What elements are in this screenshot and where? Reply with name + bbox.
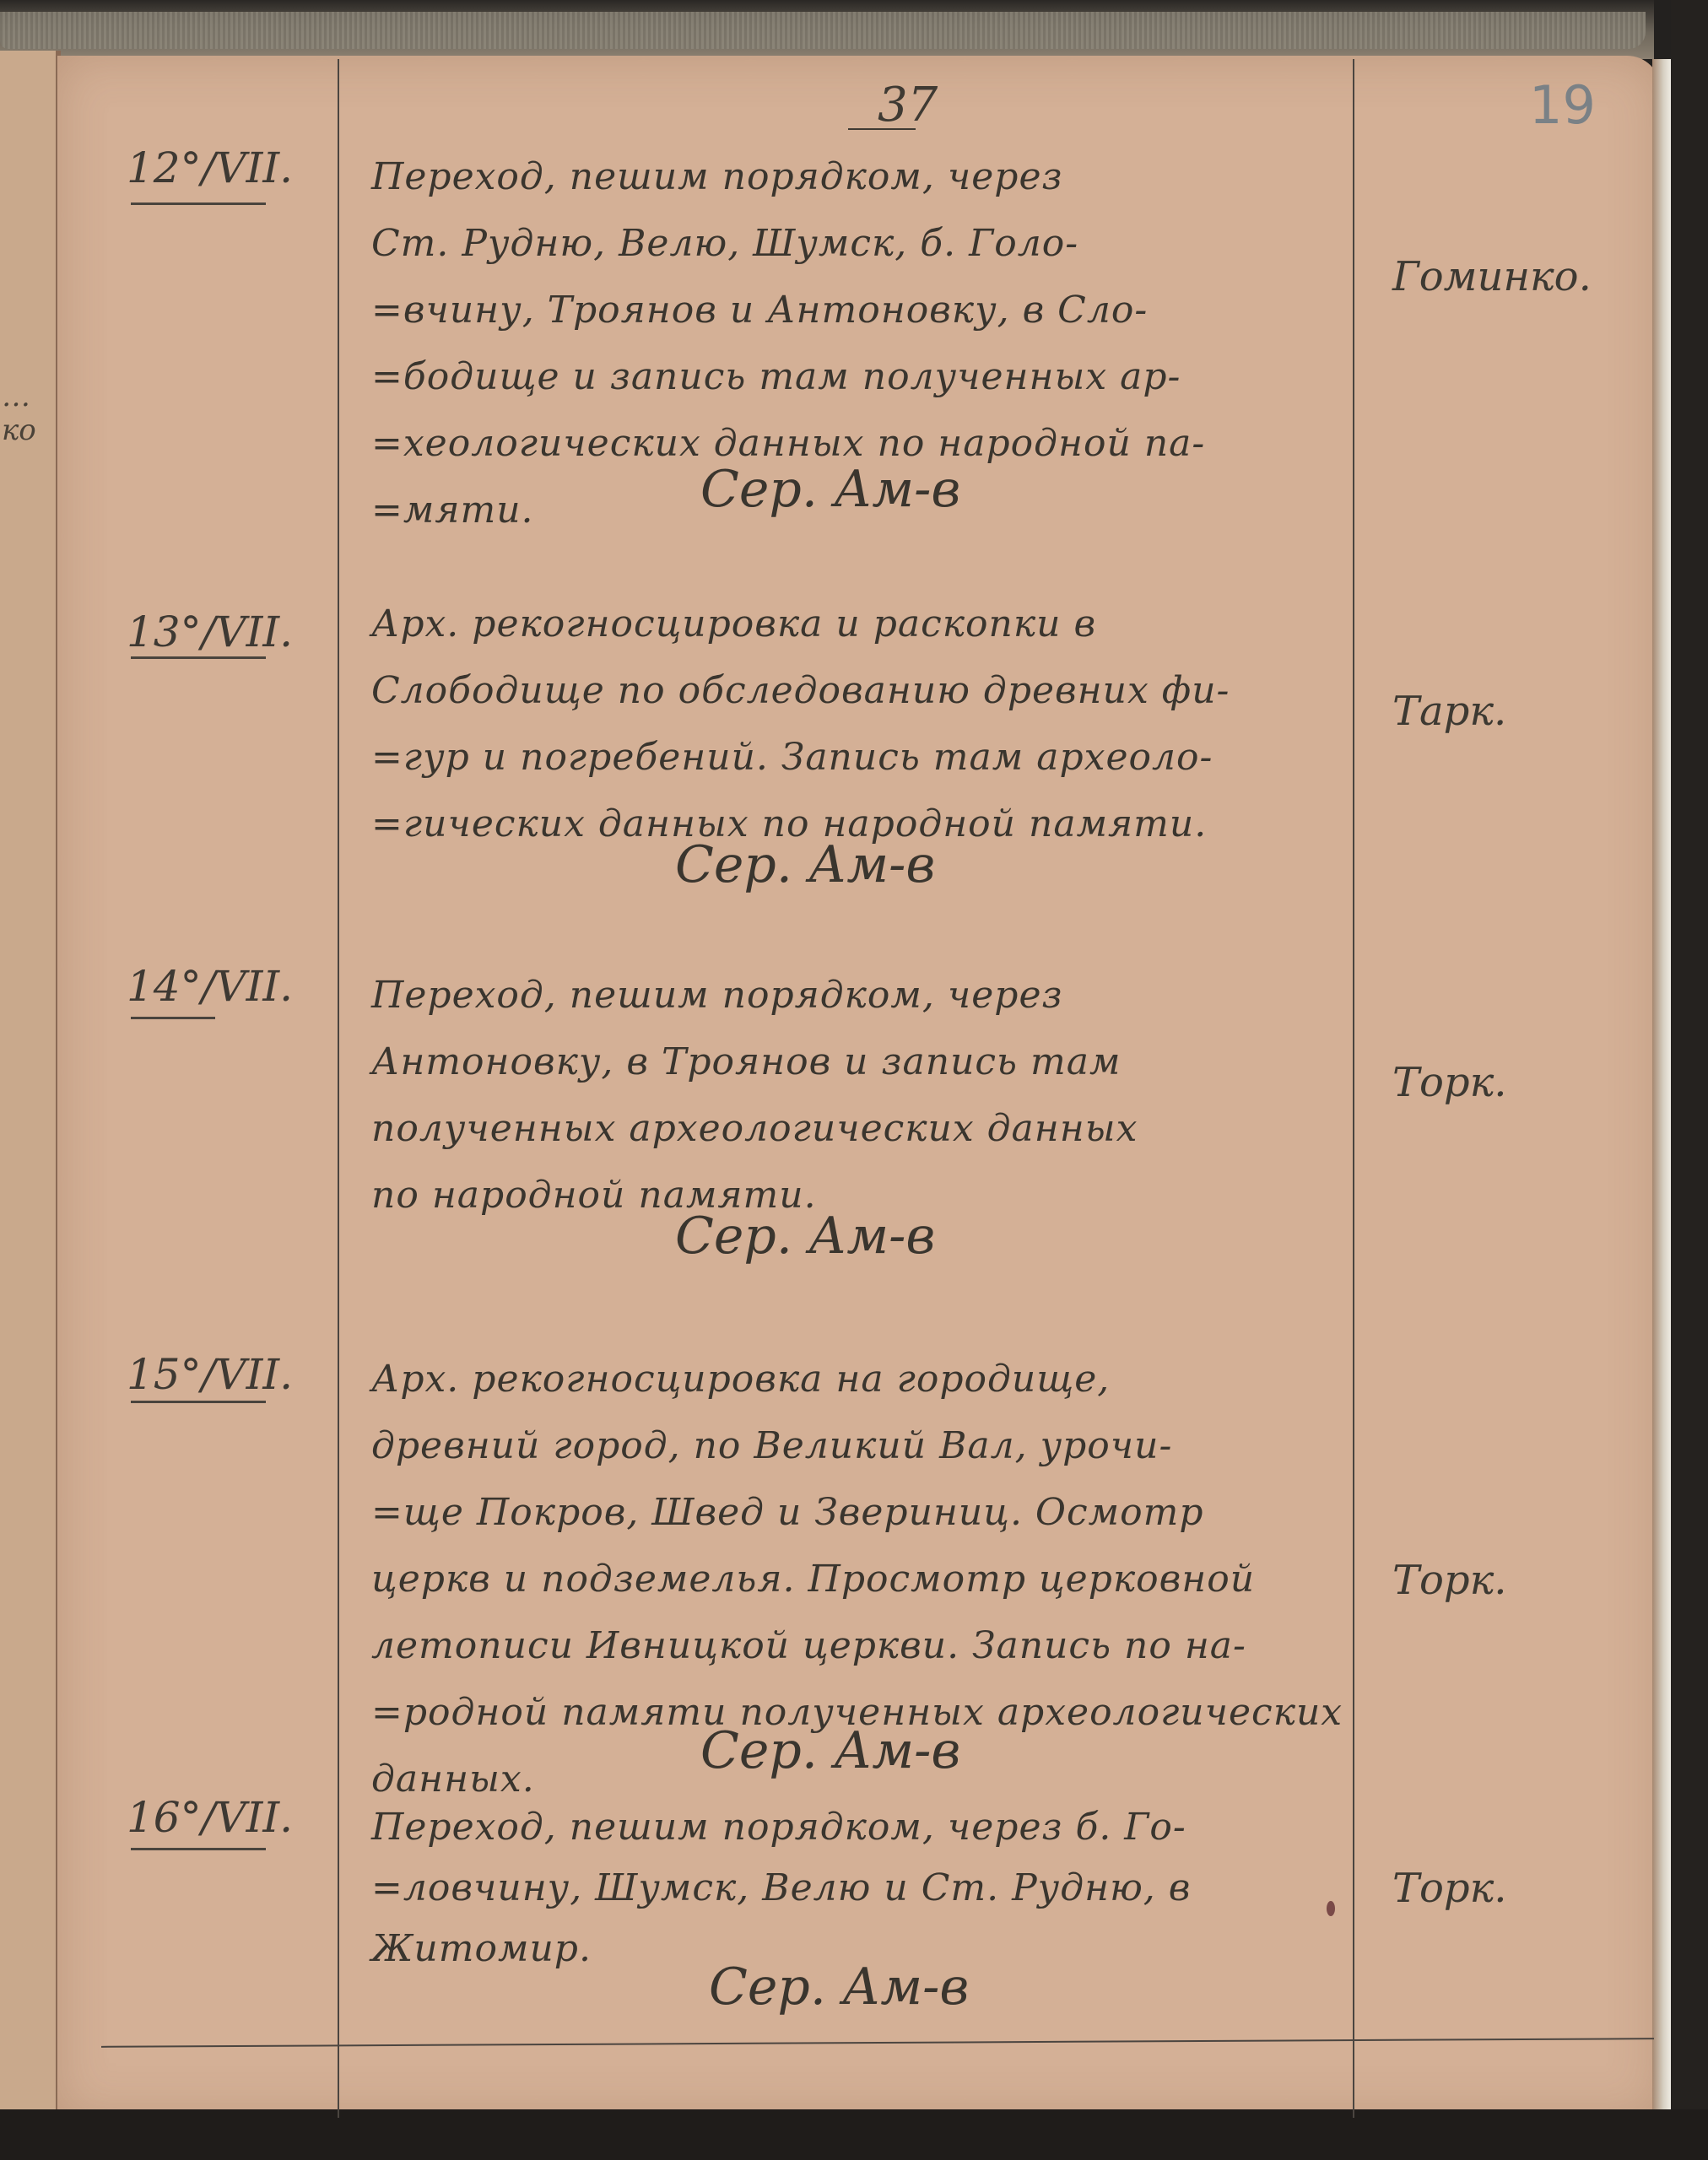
- entry-location-note: Гоминко.: [1392, 253, 1592, 300]
- entry-date: 14°/VII.: [127, 962, 293, 1011]
- entry-signature: Сер. Ам-в: [675, 1207, 935, 1266]
- entry-signature: Сер. Ам-в: [709, 1957, 969, 2017]
- entry-line: летописи Ивницкой церкви. Запись по на-: [371, 1612, 1384, 1679]
- entry-location-note: Торк.: [1392, 1557, 1507, 1604]
- folio-number: 19: [1529, 74, 1596, 136]
- entry-line: =ще Покров, Швед и Звериниц. Осмотр: [371, 1479, 1384, 1546]
- date-underline: [131, 1848, 266, 1850]
- entry-location-note: Торк.: [1392, 1059, 1507, 1106]
- entry-line: Антоновку, в Троянов и запись там: [371, 1029, 1384, 1095]
- entry-line: =вчину, Троянов и Антоновку, в Сло-: [371, 277, 1384, 343]
- page-stack-edge: [1652, 59, 1671, 2118]
- entry-line: Слободище по обследованию древних фи-: [371, 657, 1384, 724]
- entry-line: =ловчину, Шумск, Велю и Ст. Рудню, в: [371, 1858, 1384, 1919]
- binding-cloth: [0, 12, 1646, 49]
- left-page-text-fragment: …ко: [2, 380, 56, 447]
- entry-line: Арх. рекогносцировка и раскопки в: [371, 591, 1384, 657]
- entry-line: =бодище и запись там полученных ар-: [371, 343, 1384, 410]
- entry-date: 12°/VII.: [127, 143, 293, 192]
- ink-stain: [1327, 1901, 1335, 1916]
- book-binding-top: [0, 0, 1654, 59]
- entry-line: полученных археологических данных: [371, 1095, 1384, 1162]
- date-underline: [131, 656, 266, 659]
- entry-line: Переход, пешим порядком, через б. Го-: [371, 1797, 1384, 1858]
- entry-date: 13°/VII.: [127, 607, 293, 656]
- entry-line: церкв и подземелья. Просмотр церковной: [371, 1546, 1384, 1612]
- entry-location-note: Тарк.: [1392, 688, 1506, 735]
- entry-date: 16°/VII.: [127, 1793, 293, 1842]
- date-underline: [131, 202, 266, 205]
- entry-line: древний город, по Великий Вал, урочи-: [371, 1412, 1384, 1479]
- page-number-header: 37: [878, 78, 938, 132]
- entry-line: Арх. рекогносцировка на городище,: [371, 1346, 1384, 1412]
- entry-signature: Сер. Ам-в: [675, 835, 935, 894]
- entry-line: Переход, пешим порядком, через: [371, 962, 1384, 1029]
- entry-line: Переход, пешим порядком, через: [371, 143, 1384, 210]
- entry-text: Арх. рекогносцировка и раскопки в Слобод…: [371, 591, 1384, 857]
- entry-text: Переход, пешим порядком, через Антоновку…: [371, 962, 1384, 1228]
- date-underline: [131, 1017, 215, 1019]
- scan-background-right: [1671, 0, 1708, 2160]
- left-page-edge: …ко: [0, 51, 61, 2122]
- scan-background-bottom: [0, 2109, 1708, 2160]
- page-number-underline: [848, 128, 916, 130]
- column-divider-date: [338, 59, 339, 2118]
- entry-signature: Сер. Ам-в: [700, 460, 960, 519]
- entry-date: 15°/VII.: [127, 1350, 293, 1399]
- entry-line: Ст. Рудню, Велю, Шумск, б. Голо-: [371, 210, 1384, 277]
- entry-location-note: Торк.: [1392, 1865, 1507, 1912]
- entry-text: Переход, пешим порядком, через б. Го- =л…: [371, 1797, 1384, 1979]
- date-underline: [131, 1401, 266, 1403]
- entry-line: =гур и погребений. Запись там археоло-: [371, 724, 1384, 791]
- entry-signature: Сер. Ам-в: [700, 1721, 960, 1780]
